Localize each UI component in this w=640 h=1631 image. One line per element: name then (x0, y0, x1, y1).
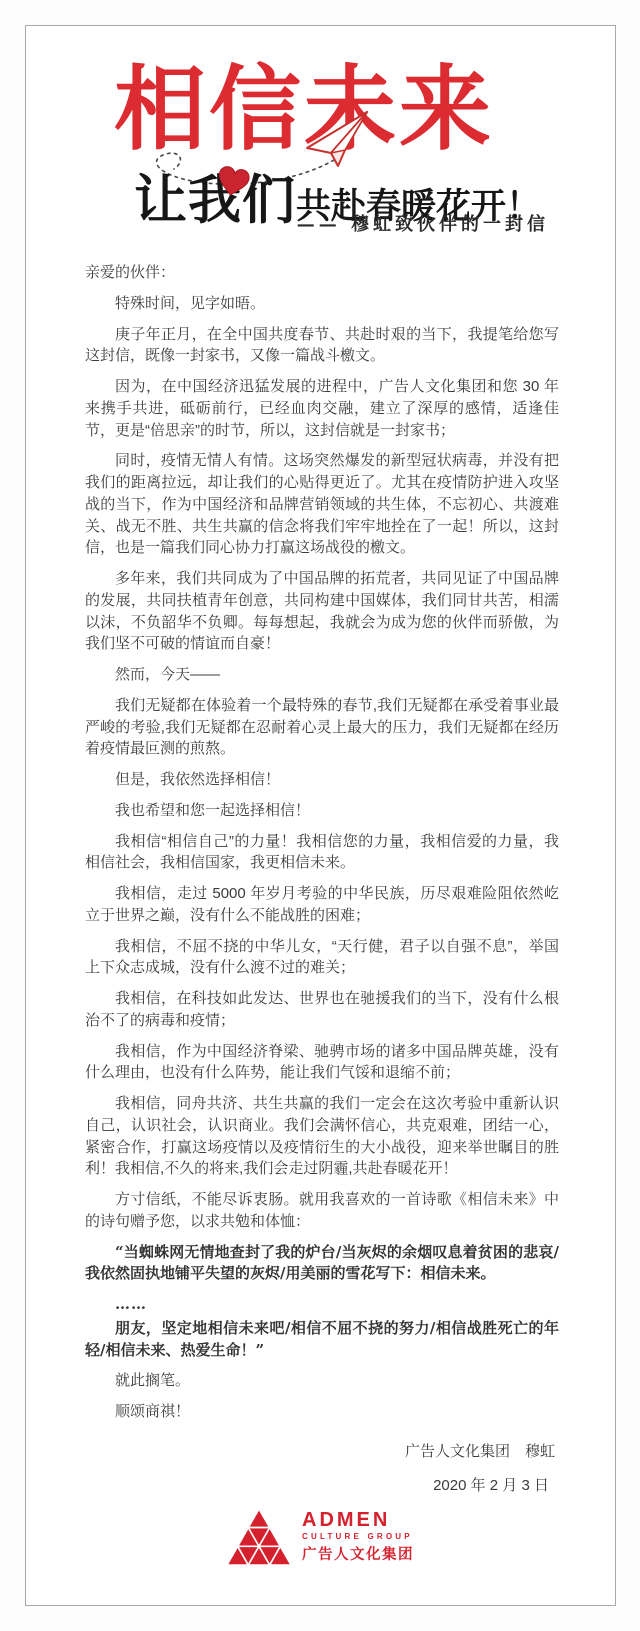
admen-logo-subname: CULTURE GROUP (302, 1532, 414, 1541)
letter-paragraph: …… (85, 1294, 559, 1316)
letter-paragraph: 我们无疑都在体验着一个最特殊的春节,我们无疑都在承受着事业最严峻的考验,我们无疑… (85, 695, 559, 760)
page-title: 相信未来 (114, 64, 494, 156)
paper-plane-icon (305, 110, 371, 168)
letter-paragraph: 我相信“相信自己”的力量！我相信您的力量，我相信爱的力量，我相信社会，我相信国家… (85, 831, 559, 875)
admen-logo-cn: 广告人文化集团 (302, 1543, 414, 1564)
letter-paragraph: 就此搁笔。 (85, 1370, 559, 1392)
letter-paragraph: 广告人文化集团 穆虹 (85, 1441, 555, 1463)
letter-paragraph: 我也希望和您一起选择相信！ (85, 800, 559, 822)
letter-paragraph: 我相信，同舟共济、共生共赢的我们一定会在这次考验中重新认识自己，认识社会，认识商… (85, 1093, 559, 1180)
letter-paragraph: 但是，我依然选择相信！ (85, 769, 559, 791)
letter-page: 相信未来 让我们 共赴春暖花开！ —— 穆虹致伙伴的一封信 亲爱的伙伴： (0, 0, 640, 1631)
heart-icon (213, 163, 253, 201)
letter-body: 亲爱的伙伴： 特殊时间，见字如晤。 庚子年正月，在全中国共度春节、共赴时艰的当下… (26, 238, 615, 1496)
letter-paragraph: “当蜘蛛网无情地查封了我的炉台/当灰烬的余烟叹息着贫困的悲哀/我依然固执地铺平失… (85, 1242, 559, 1286)
letter-header: 相信未来 让我们 共赴春暖花开！ —— 穆虹致伙伴的一封信 (26, 26, 615, 238)
admen-logo-name: ADMEN (302, 1510, 414, 1531)
admen-logo-text: ADMEN CULTURE GROUP 广告人文化集团 (302, 1510, 414, 1564)
letter-paragraph: 然而，今天—— (85, 664, 559, 686)
letter-paragraph: 顺颂商祺！ (85, 1401, 559, 1423)
admen-logo-triangle-icon (227, 1508, 291, 1566)
letter-paragraph: 我相信，在科技如此发达、世界也在驰援我们的当下，没有什么根治不了的病毒和疫情； (85, 988, 559, 1032)
letter-paragraph: 方寸信纸，不能尽诉衷肠。就用我喜欢的一首诗歌《相信未来》中的诗句赠予您，以求共勉… (85, 1189, 559, 1233)
letter-paragraph: 朋友，坚定地相信未来吧/相信不屈不挠的努力/相信战胜死亡的年轻/相信未来、热爱生… (85, 1318, 559, 1362)
letter-paragraph: 因为，在中国经济迅猛发展的进程中，广告人文化集团和您 30 年来携手共进，砥砺前… (85, 376, 559, 441)
letter-paragraph: 我相信，走过 5000 年岁月考验的中华民族，历尽艰难险阻依然屹立于世界之巅，没… (85, 883, 559, 927)
letter-paragraph: 庚子年正月，在全中国共度春节、共赴时艰的当下，我提笔给您写这封信，既像一封家书，… (85, 324, 559, 368)
letter-paragraph: 亲爱的伙伴： (85, 262, 559, 284)
letter-paragraph: 特殊时间，见字如晤。 (85, 293, 559, 315)
letter-paragraph: 多年来，我们共同成为了中国品牌的拓荒者，共同见证了中国品牌的发展，共同扶植青年创… (85, 568, 559, 655)
admen-logo: ADMEN CULTURE GROUP 广告人文化集团 (26, 1508, 615, 1566)
letter-byline: —— 穆虹致伙伴的一封信 (297, 210, 549, 236)
letter-paragraph: 同时，疫情无情人有情。这场突然爆发的新型冠状病毒，并没有把我们的距离拉远，却让我… (85, 450, 559, 559)
letter-paragraph: 2020 年 2 月 3 日 (85, 1475, 549, 1497)
page-frame: 相信未来 让我们 共赴春暖花开！ —— 穆虹致伙伴的一封信 亲爱的伙伴： (25, 25, 616, 1606)
letter-paragraph: 我相信，不屈不挠的中华儿女，“天行健，君子以自强不息”，举国上下众志成城，没有什… (85, 936, 559, 980)
letter-paragraph: 我相信，作为中国经济脊梁、驰骋市场的诸多中国品牌英雄，没有什么理由，也没有什么阵… (85, 1041, 559, 1085)
